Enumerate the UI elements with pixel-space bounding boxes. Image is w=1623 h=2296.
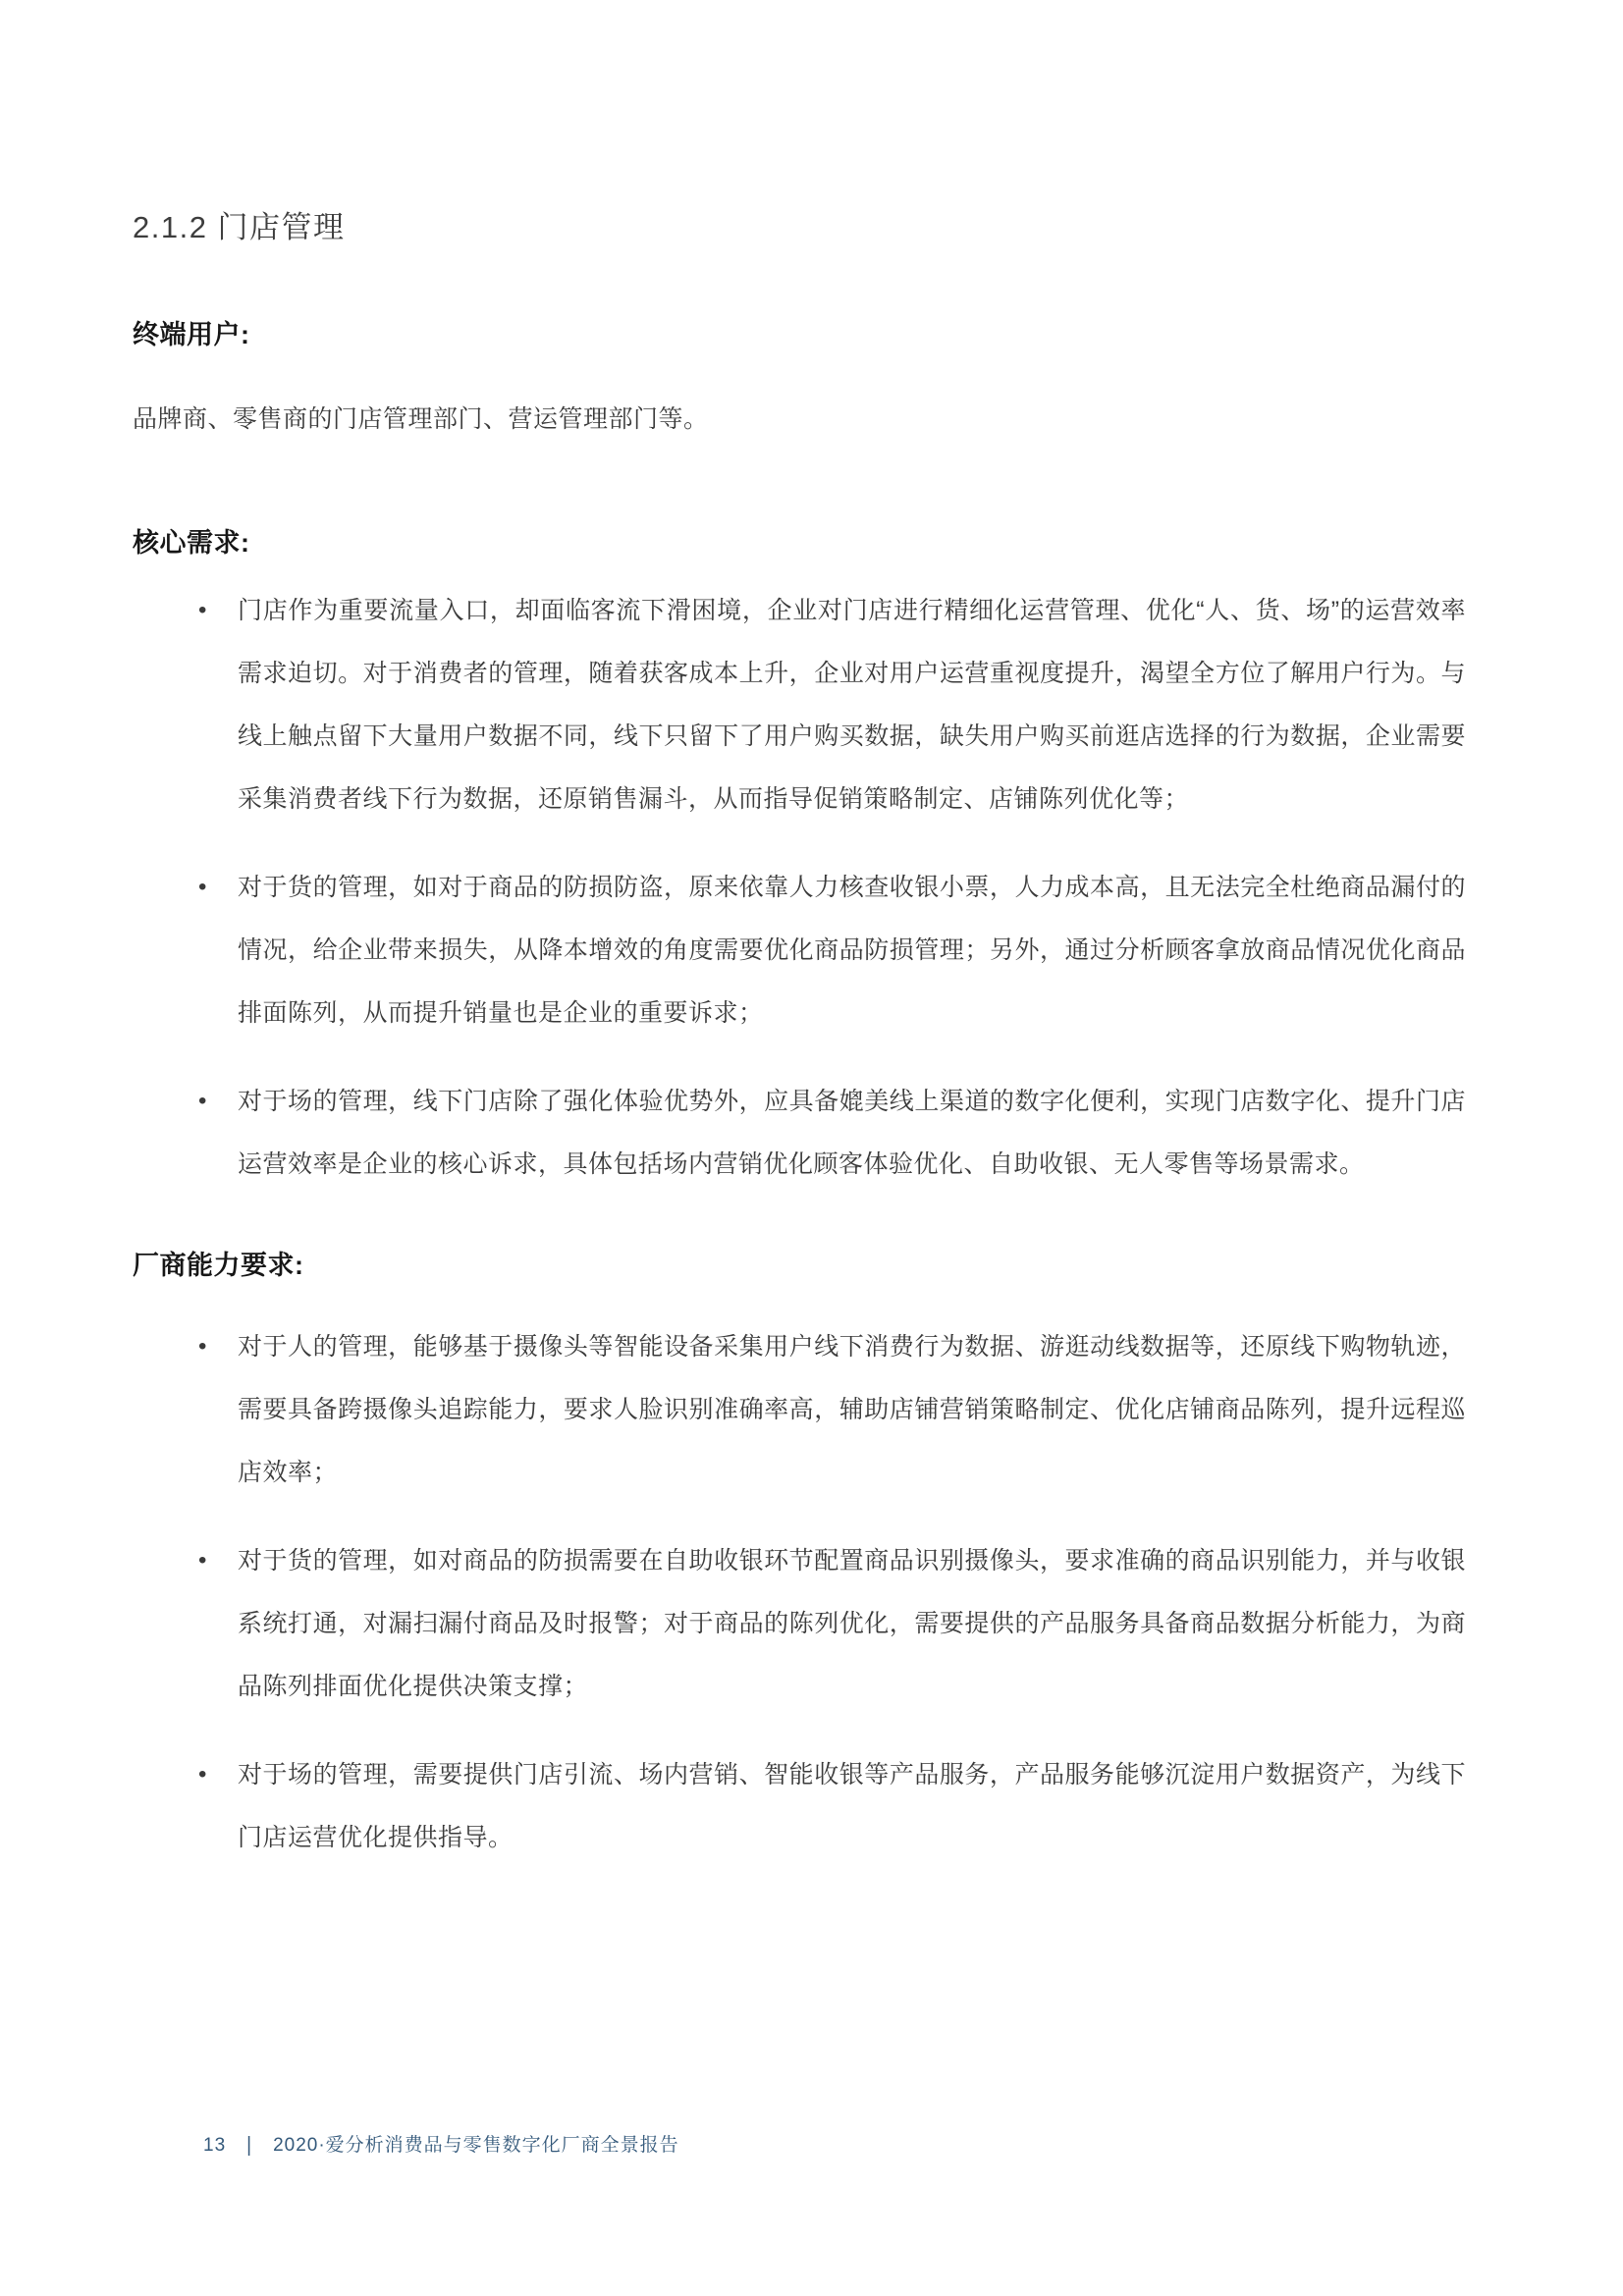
page-number: 13 [203,2133,226,2159]
core-needs-list: 门店作为重要流量入口，却面临客流下滑困境，企业对门店进行精细化运营管理、优化“人… [133,579,1466,1196]
page-footer: 13 | 2020·爱分析消费品与零售数字化厂商全景报告 [203,2133,679,2159]
report-title: 2020·爱分析消费品与零售数字化厂商全景报告 [273,2133,679,2159]
core-needs-item: 门店作为重要流量入口，却面临客流下滑困境，企业对门店进行精细化运营管理、优化“人… [238,579,1466,830]
core-needs-label: 核心需求: [133,526,1466,560]
vendor-capability-list: 对于人的管理，能够基于摄像头等智能设备采集用户线下消费行为数据、游逛动线数据等，… [133,1315,1466,1869]
page-content: 2.1.2 门店管理 终端用户: 品牌商、零售商的门店管理部门、营运管理部门等。… [133,0,1466,1895]
vendor-capability-item: 对于人的管理，能够基于摄像头等智能设备采集用户线下消费行为数据、游逛动线数据等，… [238,1315,1466,1504]
vendor-capability-label: 厂商能力要求: [133,1249,1466,1282]
report-page: 2.1.2 门店管理 终端用户: 品牌商、零售商的门店管理部门、营运管理部门等。… [0,0,1623,2296]
vendor-capability-item: 对于场的管理，需要提供门店引流、场内营销、智能收银等产品服务，产品服务能够沉淀用… [238,1743,1466,1869]
end-user-text: 品牌商、零售商的门店管理部门、营运管理部门等。 [133,402,1466,436]
core-needs-item: 对于场的管理，线下门店除了强化体验优势外，应具备媲美线上渠道的数字化便利，实现门… [238,1070,1466,1196]
core-needs-item: 对于货的管理，如对于商品的防损防盗，原来依靠人力核查收银小票，人力成本高，且无法… [238,856,1466,1044]
end-user-label: 终端用户: [133,318,1466,351]
footer-separator: | [246,2132,252,2161]
section-heading: 2.1.2 门店管理 [133,0,1466,247]
vendor-capability-item: 对于货的管理，如对商品的防损需要在自助收银环节配置商品识别摄像头，要求准确的商品… [238,1529,1466,1718]
